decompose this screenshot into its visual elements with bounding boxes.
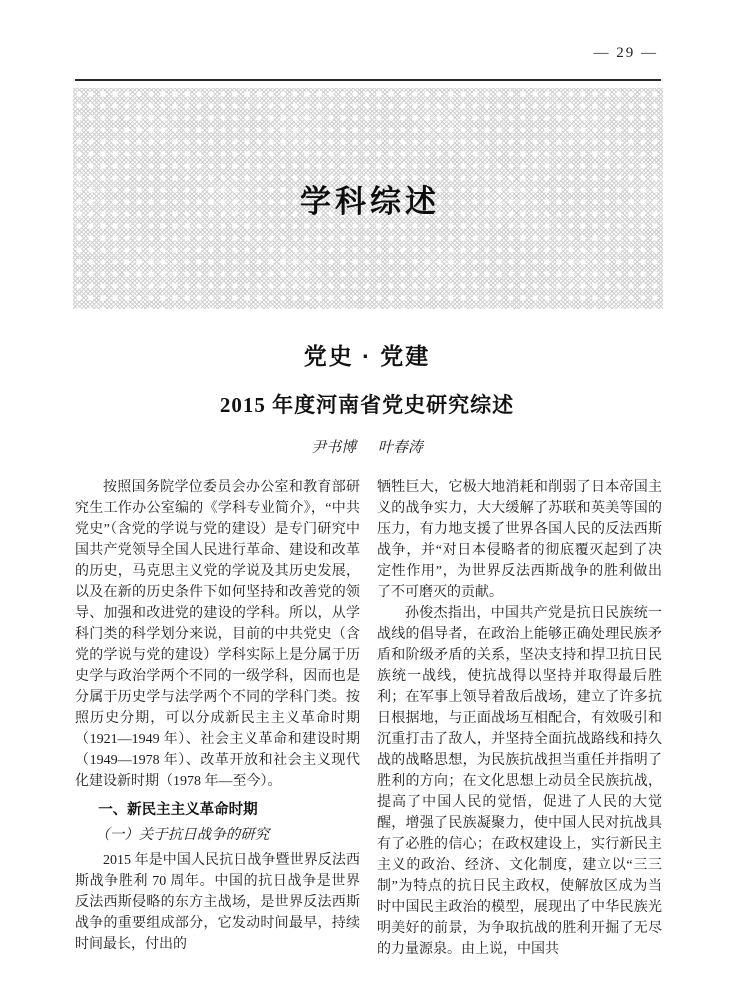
- column-section-title: 党史 · 党建: [0, 338, 734, 371]
- paragraph-anti-japanese-war: 2015 年是中国人民抗日战争暨世界反法西斯战争胜利 70 周年。中国的抗日战争…: [75, 850, 360, 955]
- article-authors: 尹书博 叶春涛: [0, 436, 734, 457]
- page-number: — 29 —: [594, 45, 659, 62]
- left-column: 按照国务院学位委员会办公室和教育部研究生工作办公室编的《学科专业简介》，“中共党…: [75, 477, 360, 960]
- paragraph-continuation: 牺牲巨大，它极大地消耗和削弱了日本帝国主义的战争实力，大大缓解了苏联和英美等国的…: [377, 477, 662, 603]
- paragraph-intro: 按照国务院学位委员会办公室和教育部研究生工作办公室编的《学科专业简介》，“中共党…: [75, 477, 360, 792]
- right-column: 牺牲巨大，它极大地消耗和削弱了日本帝国主义的战争实力，大大缓解了苏联和英美等国的…: [377, 477, 662, 960]
- section-banner: 学科综述: [73, 88, 663, 309]
- subsection-heading-anti-japanese-war-research: （一）关于抗日战争的研究: [75, 825, 360, 846]
- author-name-2: 叶春涛: [378, 436, 423, 457]
- banner-title: 学科综述: [296, 176, 440, 221]
- section-heading-new-democratic-period: 一、新民主主义革命时期: [75, 800, 360, 821]
- author-name-1: 尹书博: [311, 436, 356, 457]
- article-body: 按照国务院学位委员会办公室和教育部研究生工作办公室编的《学科专业简介》，“中共党…: [75, 477, 662, 960]
- article-title: 2015 年度河南省党史研究综述: [0, 389, 734, 419]
- header-rule: [75, 79, 661, 81]
- paragraph-sunjunjie: 孙俊杰指出，中国共产党是抗日民族统一战线的倡导者，在政治上能够正确处理民族矛盾和…: [377, 603, 662, 960]
